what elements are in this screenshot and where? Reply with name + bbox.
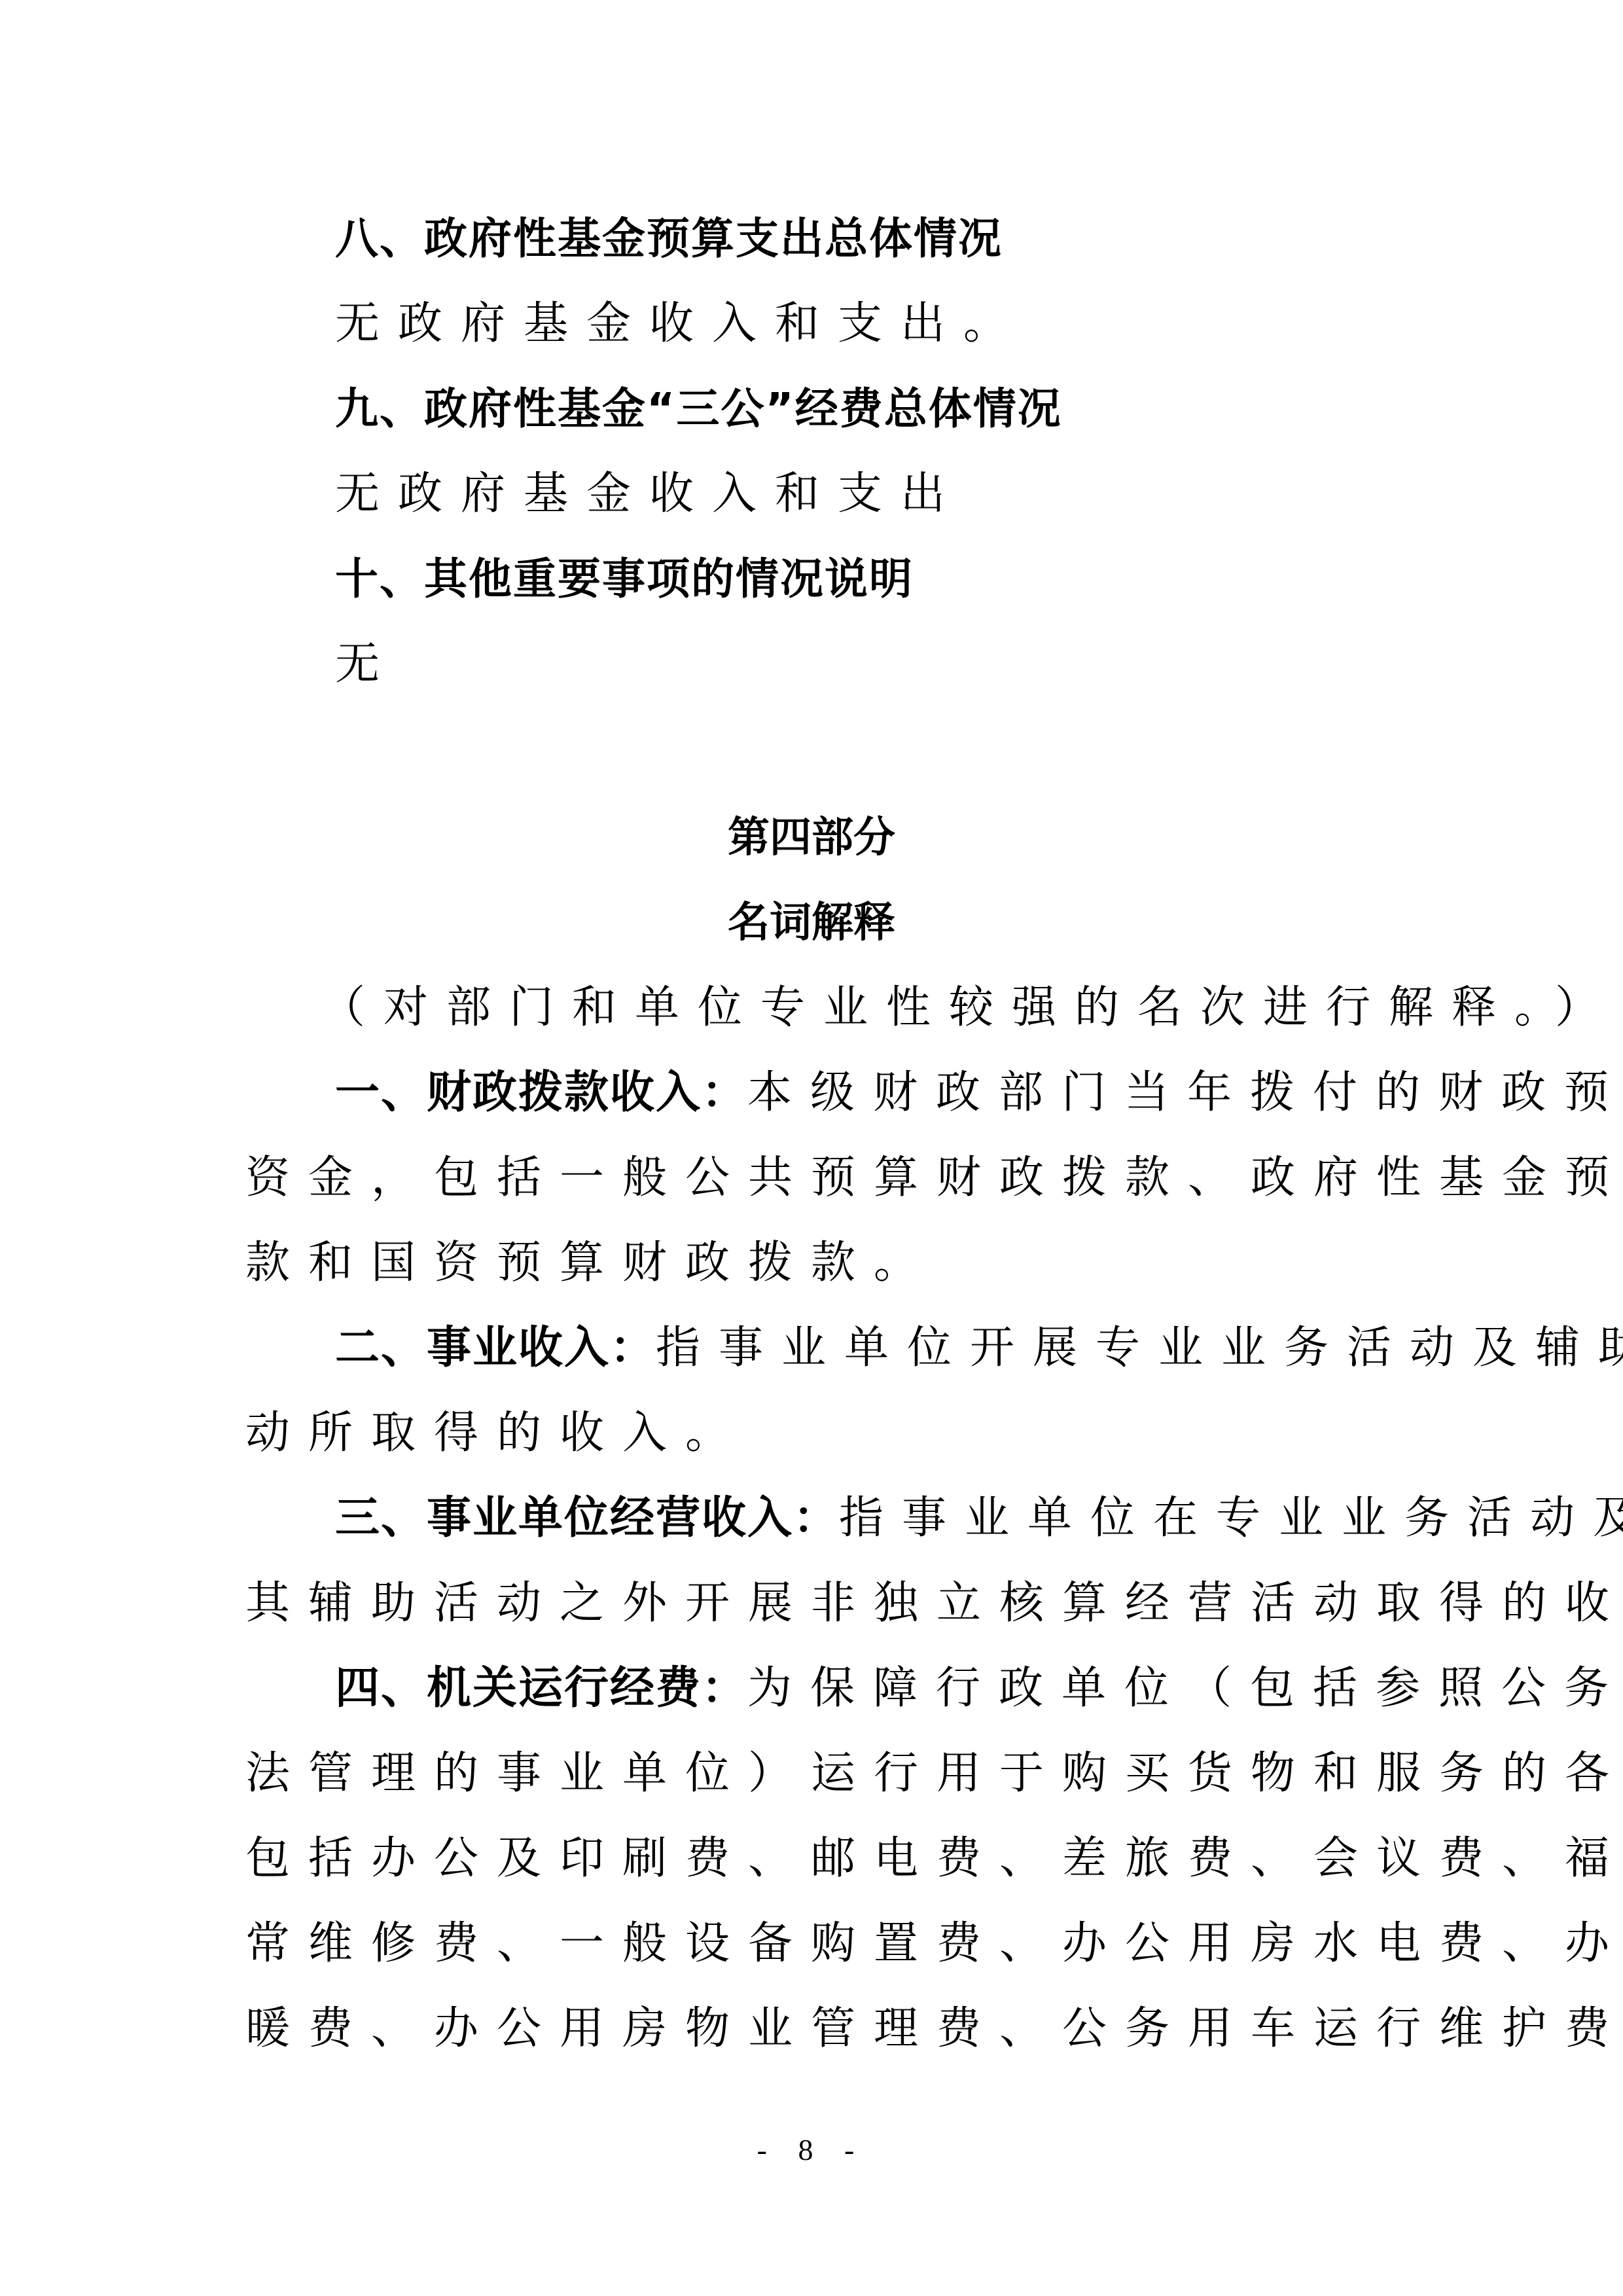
document-page: 八、政府性基金预算支出总体情况 无政府基金收入和支出。 九、政府性基金“三公”经… (0, 0, 1623, 2296)
term-definition-line: 资金，包括一般公共预算财政拨款、政府性基金预算财政拨 (245, 1152, 1384, 1204)
section-8-heading: 八、政府性基金预算支出总体情况 (335, 213, 1382, 265)
section-9-heading: 九、政府性基金“三公”经费总体情况 (335, 383, 1382, 435)
term-definition-line: 本级财政部门当年拨付的财政预算 (747, 1067, 1623, 1119)
term-definition-line: 指事业单位开展专业业务活动及辅助活 (656, 1322, 1623, 1374)
glossary-term-2: 二、事业收入：指事业单位开展专业业务活动及辅助活 (335, 1322, 1382, 1374)
term-definition-line: 包括办公及印刷费、邮电费、差旅费、会议费、福利费、日 (245, 1833, 1384, 1885)
glossary-note: （对部门和单位专业性较强的名次进行解释。） (321, 982, 1368, 1034)
term-definition-line: 指事业单位在专业业务活动及 (839, 1492, 1623, 1544)
term-definition-line: 款和国资预算财政拨款。 (245, 1237, 1384, 1289)
section-10-body: 无 (335, 638, 1382, 691)
section-10-heading: 十、其他重要事项的情况说明 (335, 553, 1382, 605)
term-label: 四、机关运行经费： (335, 1662, 747, 1714)
section-8-body: 无政府基金收入和支出。 (335, 298, 1382, 350)
glossary-term-1: 一、财政拨款收入：本级财政部门当年拨付的财政预算 (335, 1067, 1382, 1119)
term-definition-line: 为保障行政单位（包括参照公务员 (747, 1662, 1623, 1714)
glossary-term-3: 三、事业单位经营收入：指事业单位在专业业务活动及 (335, 1492, 1382, 1545)
part-title: 第四部分 (0, 812, 1623, 864)
term-label: 一、财政拨款收入： (335, 1067, 747, 1119)
term-label: 二、事业收入： (335, 1322, 656, 1374)
term-label: 三、事业单位经营收入： (335, 1492, 839, 1544)
glossary-title: 名词解释 (0, 897, 1623, 949)
term-definition-line: 暖费、办公用房物业管理费、公务用车运行维护费以及其他 (245, 2003, 1384, 2055)
term-definition-line: 常维修费、一般设备购置费、办公用房水电费、办公用房取 (245, 1918, 1384, 1970)
term-definition-line: 动所取得的收入。 (245, 1407, 1384, 1460)
term-definition-line: 其辅助活动之外开展非独立核算经营活动取得的收入。 (245, 1577, 1384, 1630)
term-definition-line: 法管理的事业单位）运行用于购买货物和服务的各项资金， (245, 1748, 1384, 1800)
section-9-body: 无政府基金收入和支出 (335, 468, 1382, 520)
glossary-term-4: 四、机关运行经费：为保障行政单位（包括参照公务员 (335, 1662, 1382, 1715)
page-number: - 8 - (0, 2130, 1623, 2170)
